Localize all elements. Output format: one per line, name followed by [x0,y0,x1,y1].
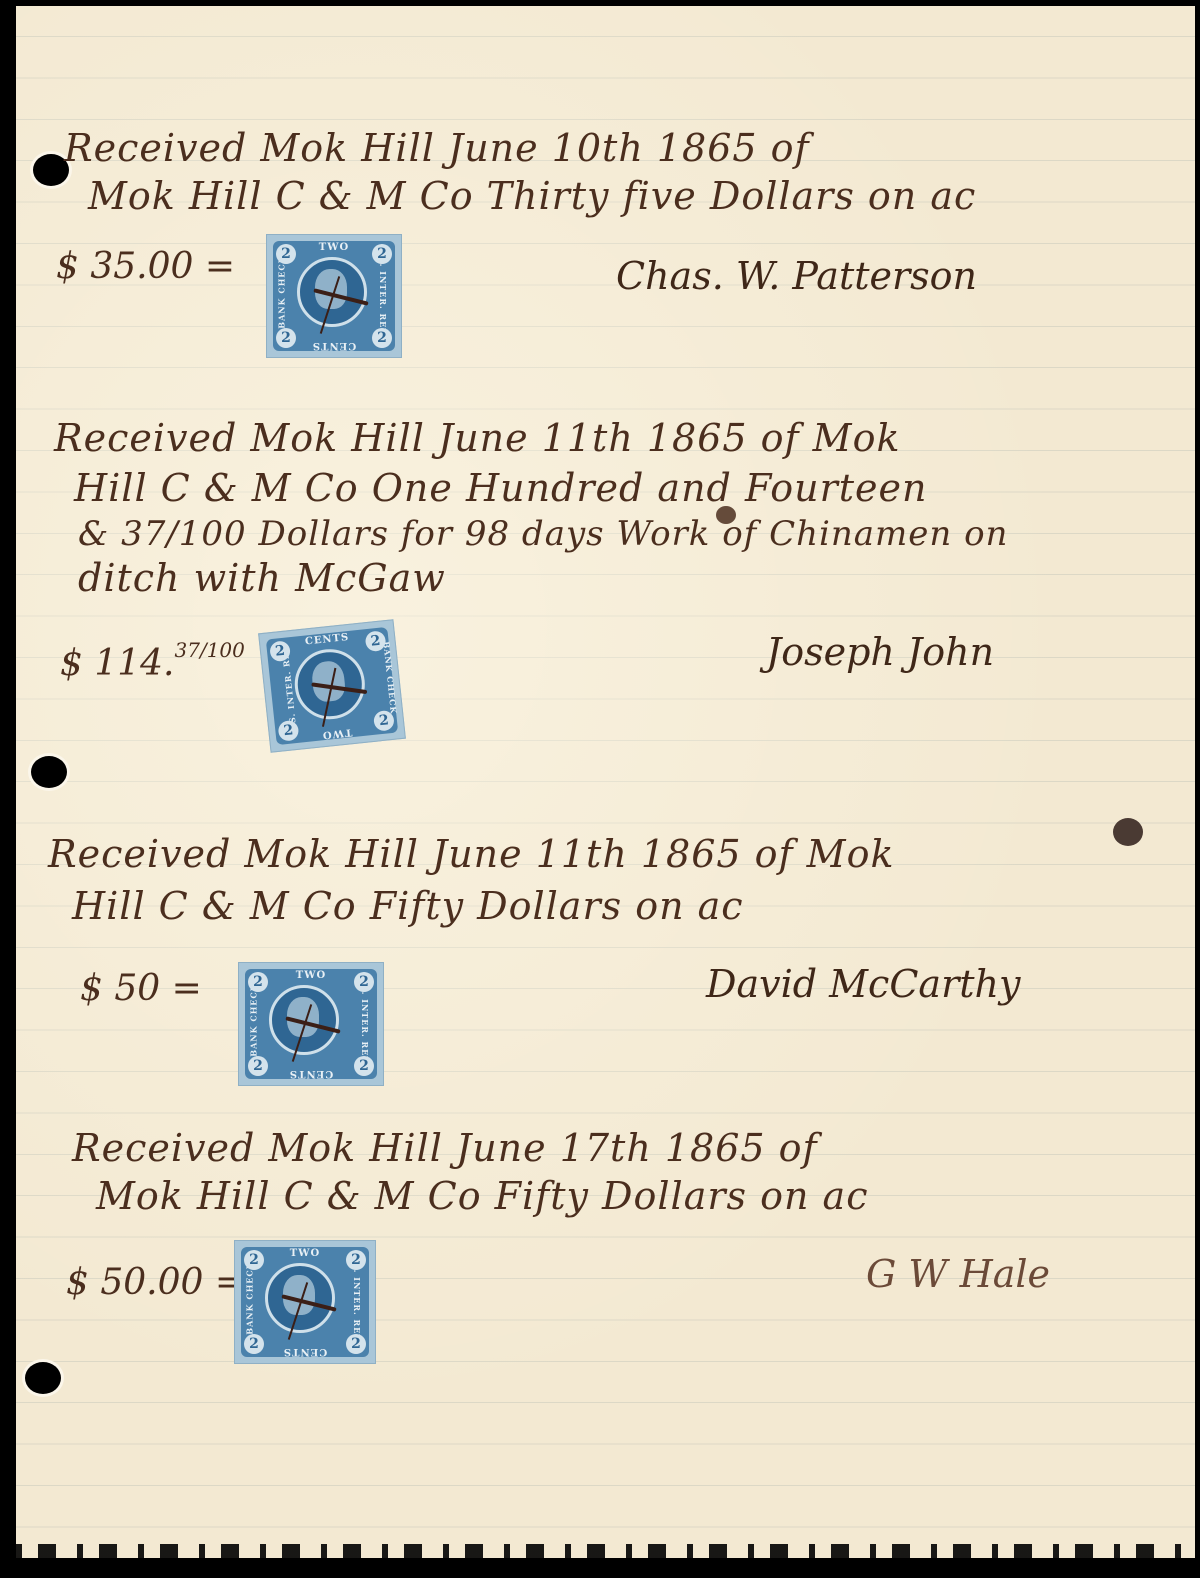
receipt-line: ditch with McGaw [78,556,446,600]
receipt-line: Mok Hill C & M Co Fifty Dollars on ac [96,1174,868,1218]
stamp-numeral: 2 [354,972,374,992]
stamp-numeral: 2 [372,328,392,348]
amount-dollars: $ 114. [60,643,175,684]
signature: Chas. W. Patterson [616,254,977,298]
signature: David McCarthy [706,962,1020,1006]
signature: G W Hale [866,1252,1050,1296]
stamp-numeral: 2 [276,328,296,348]
stamp-numeral: 2 [244,1250,264,1270]
stamp-label: BANK CHECK [249,983,259,1056]
revenue-stamp: TWO CENTS BANK CHECK U.S. INTER. REV. 2 … [238,962,384,1086]
receipt-line: Received Mok Hill June 11th 1865 of Mok [54,416,901,460]
stamp-numeral: 2 [248,972,268,992]
receipt-amount: $ 50.00 = [66,1262,245,1303]
stamp-numeral: 2 [276,244,296,264]
receipt-line: Received Mok Hill June 17th 1865 of [72,1126,818,1170]
stamp-numeral: 2 [248,1056,268,1076]
stamp-label: BANK CHECK [277,255,287,328]
receipt-line: Received Mok Hill June 10th 1865 of [64,126,810,170]
revenue-stamp: TWO CENTS BANK CHECK U.S. INTER. REV. 2 … [266,234,402,358]
punch-hole [25,1362,61,1394]
receipt-line: Hill C & M Co One Hundred and Fourteen [74,466,927,510]
receipt-amount: $ 35.00 = [56,246,235,287]
ink-blot [1113,818,1143,846]
punch-hole [31,756,67,788]
stamp-numeral: 2 [354,1056,374,1076]
revenue-stamp: TWO CENTS BANK CHECK U.S. INTER. REV. 2 … [234,1240,376,1364]
receipt-line: Received Mok Hill June 11th 1865 of Mok [48,832,895,876]
stamp-numeral: 2 [244,1334,264,1354]
revenue-stamp: CENTS TWO U.S. INTER. REV. BANK CHECK 2 … [258,619,406,753]
stamp-label: BANK CHECK [245,1261,255,1334]
receipt-line: & 37/100 Dollars for 98 days Work of Chi… [78,514,1008,554]
receipt-amount: $ 50 = [80,968,202,1009]
stamp-numeral: 2 [346,1250,366,1270]
receipt-amount: $ 114.37/100 [60,638,245,684]
receipt-line: Hill C & M Co Fifty Dollars on ac [72,884,744,928]
stamp-numeral: 2 [372,244,392,264]
stamp-numeral: 2 [346,1334,366,1354]
amount-cents: 37/100 [175,638,245,662]
torn-edge [16,1544,1195,1558]
signature: Joseph John [766,630,994,674]
document-page: Received Mok Hill June 10th 1865 of Mok … [16,6,1195,1558]
receipt-line: Mok Hill C & M Co Thirty five Dollars on… [88,174,976,218]
